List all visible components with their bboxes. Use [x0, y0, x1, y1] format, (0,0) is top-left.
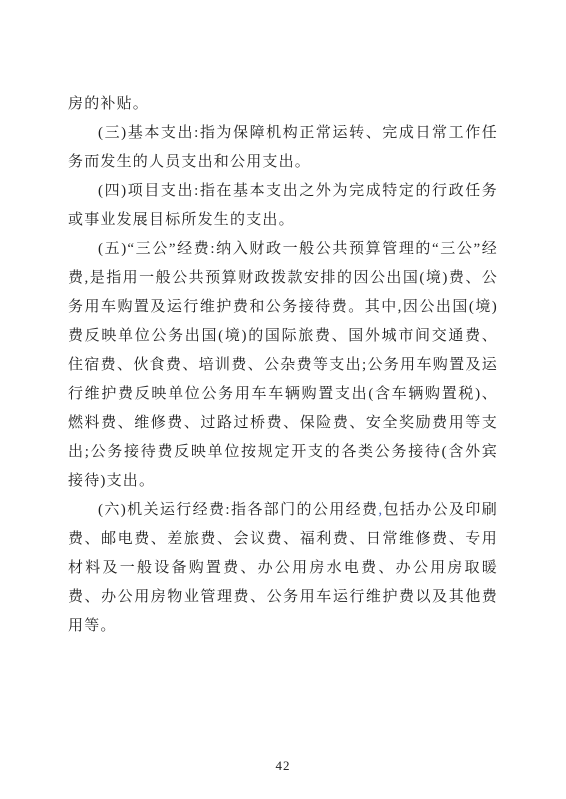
paragraph-agency-operating-funds: (六)机关运行经费:指各部门的公用经费,包括办公及印刷费、邮电费、差旅费、会议费…	[68, 496, 498, 641]
agency-funds-rest-text: 包括办公及印刷费、邮电费、差旅费、会议费、福利费、日常维修费、专用材料及一般设备…	[68, 502, 498, 634]
agency-funds-lead-text: (六)机关运行经费:指各部门的公用经费	[98, 502, 378, 518]
paragraph-basic-expenditure: (三)基本支出:指为保障机构正常运转、完成日常工作任务而发生的人员支出和公用支出…	[68, 119, 498, 177]
body-text: 房的补贴。 (三)基本支出:指为保障机构正常运转、完成日常工作任务而发生的人员支…	[68, 90, 498, 641]
page-number: 42	[0, 758, 566, 774]
paragraph-three-public-funds: (五)“三公”经费:纳入财政一般公共预算管理的“三公”经费,是指用一般公共预算财…	[68, 235, 498, 496]
paragraph-housing-subsidy-continuation: 房的补贴。	[68, 90, 498, 119]
document-page: 房的补贴。 (三)基本支出:指为保障机构正常运转、完成日常工作任务而发生的人员支…	[0, 0, 566, 799]
paragraph-project-expenditure: (四)项目支出:指在基本支出之外为完成特定的行政任务或事业发展目标所发生的支出。	[68, 177, 498, 235]
